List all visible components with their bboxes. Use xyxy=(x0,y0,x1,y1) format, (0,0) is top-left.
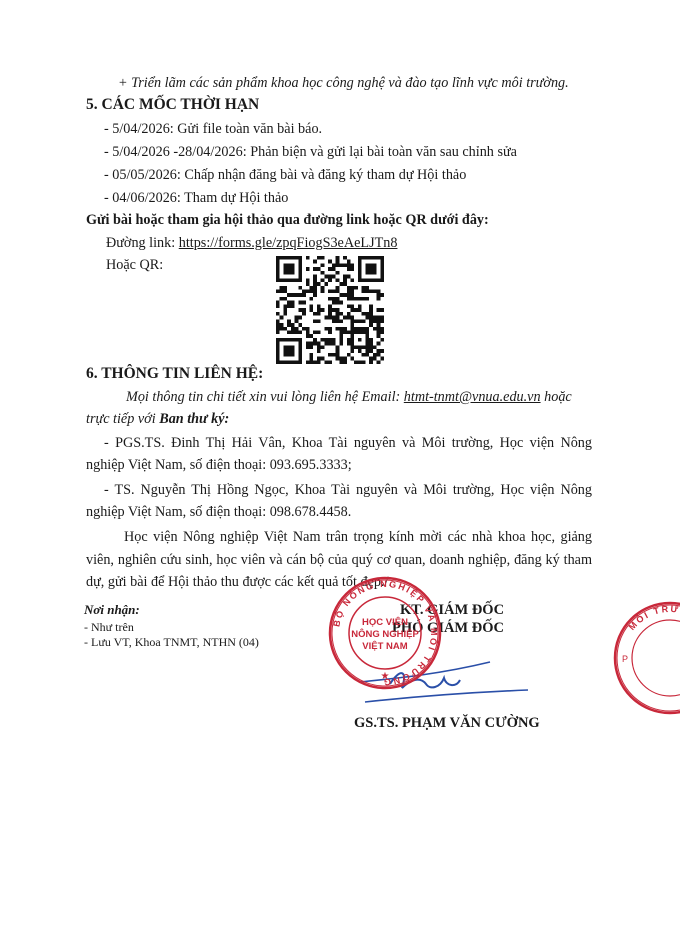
official-seal: BỘ NÔNG NGHIỆP VÀ MÔI TRƯỜNG HỌC VIỆN NÔ… xyxy=(327,575,443,691)
form-link[interactable]: https://forms.gle/zpqFiogS3eAeLJTn8 xyxy=(179,235,398,251)
recipient-item: - Như trên xyxy=(84,619,134,635)
recipient-item: - Lưu VT, Khoa TNMT, NTHN (04) xyxy=(84,634,259,650)
closing-paragraph: Học viện Nông nghiệp Việt Nam trân trọng… xyxy=(124,528,592,546)
contact-2-cont: nghiệp Việt Nam, số điện thoại: 098.678.… xyxy=(86,503,351,521)
section6-title: 6. THÔNG TIN LIÊN HỆ: xyxy=(86,365,263,383)
contact-2: - TS. Nguyễn Thị Hồng Ngọc, Khoa Tài ngu… xyxy=(104,481,592,499)
contact-intro: Mọi thông tin chi tiết xin vui lòng liên… xyxy=(126,388,592,406)
deadline-item: - 5/04/2026 -28/04/2026: Phản biện và gử… xyxy=(104,143,517,161)
section5-title: 5. CÁC MỐC THỜI HẠN xyxy=(86,96,259,114)
qr-code[interactable] xyxy=(276,256,384,364)
svg-text:★: ★ xyxy=(381,671,390,682)
contact-1: - PGS.TS. Đinh Thị Hải Vân, Khoa Tài ngu… xyxy=(104,434,592,452)
link-label: Đường link: xyxy=(106,235,179,251)
exhibition-bullet: + Triển lãm các sản phẩm khoa học công n… xyxy=(118,74,569,92)
submit-heading: Gửi bài hoặc tham gia hội thảo qua đường… xyxy=(86,211,489,229)
submit-link-row: Đường link: https://forms.gle/zpqFiogS3e… xyxy=(106,234,397,252)
partial-seal: MÔI TRƯỜNG P xyxy=(600,600,680,716)
contact-1-cont: nghiệp Việt Nam, số điện thoại: 093.695.… xyxy=(86,456,352,474)
svg-text:NÔNG NGHIỆP: NÔNG NGHIỆP xyxy=(351,628,419,640)
closing-paragraph-cont: viên, nghiên cứu sinh, học viên và cán b… xyxy=(86,551,592,569)
qr-label: Hoặc QR: xyxy=(106,256,163,274)
deadline-item: - 5/04/2026: Gửi file toàn văn bài báo. xyxy=(104,120,322,138)
svg-text:HỌC VIỆN: HỌC VIỆN xyxy=(362,616,408,628)
secretariat-label: Ban thư ký: xyxy=(159,411,229,427)
deadline-item: - 04/06/2026: Tham dự Hội thảo xyxy=(104,189,288,207)
svg-text:P: P xyxy=(622,654,628,664)
deadline-item: - 05/05/2026: Chấp nhận đăng bài và đăng… xyxy=(104,166,466,184)
email-link[interactable]: htmt-tnmt@vnua.edu.vn xyxy=(404,389,541,405)
signer-name: GS.TS. PHẠM VĂN CƯỜNG xyxy=(354,714,540,732)
contact-intro-line2: trực tiếp với Ban thư ký: xyxy=(86,410,229,428)
svg-text:VIỆT NAM: VIỆT NAM xyxy=(362,640,407,652)
recipients-title: Nơi nhận: xyxy=(84,601,140,619)
